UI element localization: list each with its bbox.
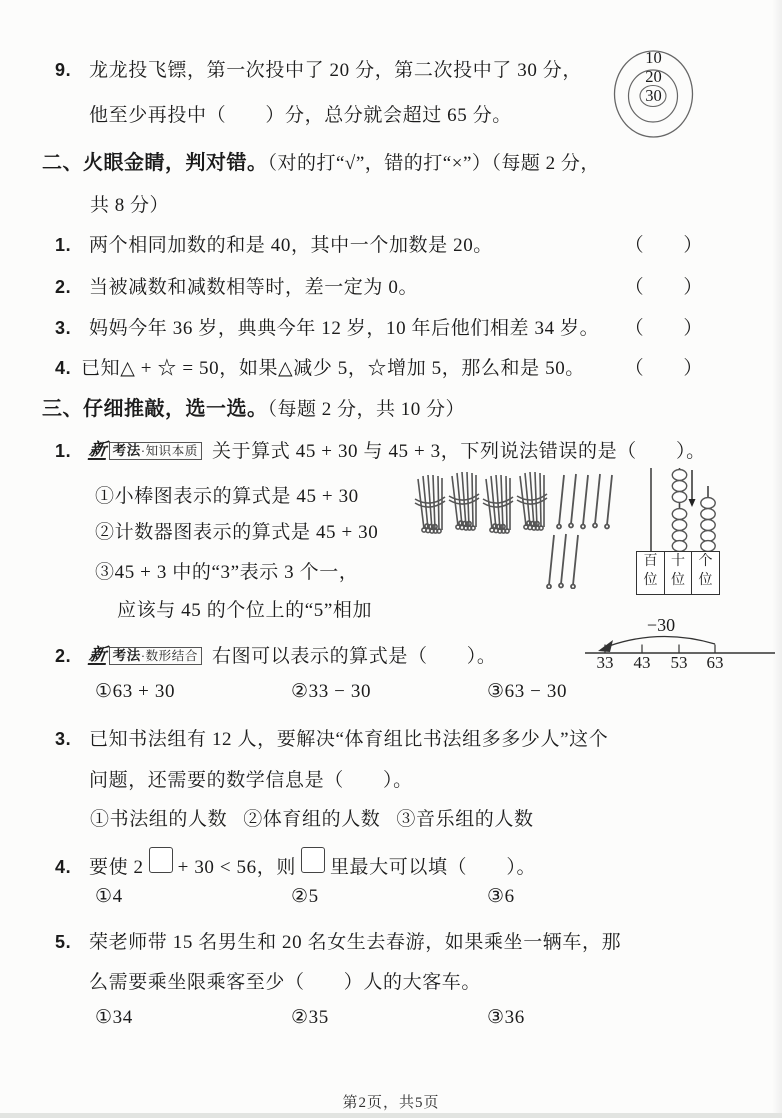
- item-text: 已知△ + ☆ = 50，如果△减少 5，☆增加 5，那么和是 50。: [81, 353, 585, 380]
- section-3-note: （每题 2 分，共 10 分）: [268, 399, 466, 420]
- question-number: 3.: [55, 729, 89, 750]
- section-2-title: 二、火眼金睛，判对错。: [42, 152, 268, 174]
- judge-item-2: 2. 当被减数和减数相等时，差一定为 0。 （ ）: [55, 272, 703, 299]
- choice-option: ②33 − 30: [291, 680, 487, 703]
- answer-blank: （ ）: [625, 230, 703, 257]
- s3q1-option-2: ②计数器图表示的算式是 45 + 30: [95, 517, 378, 544]
- answer-blank: （ ）: [625, 313, 703, 340]
- dartboard-ring-30: 30: [606, 87, 701, 105]
- new-method-badge: 新 考法·知识本质: [89, 441, 202, 460]
- s3q3-options: ①书法组的人数 ②体育组的人数 ③音乐组的人数: [90, 804, 534, 831]
- tick-label-33: 33: [592, 653, 618, 673]
- question-number: 1.: [55, 441, 89, 462]
- choice-option: ①书法组的人数: [90, 804, 227, 831]
- badge-strong: 考法: [113, 648, 141, 663]
- tick-label-63: 63: [702, 653, 728, 673]
- question-number: 9.: [55, 60, 89, 81]
- hundreds-place-label: 百位: [636, 551, 665, 595]
- section-3-title: 三、仔细推敲，选一选。: [42, 398, 268, 420]
- counter-beads-icon: [636, 466, 728, 551]
- abacus-graphic: 百位 十位 个位: [636, 466, 728, 595]
- choice-option: ①63 + 30: [95, 680, 291, 703]
- question-text: 已知书法组有 12 人，要解决“体育组比书法组多多少人”这个: [89, 724, 608, 751]
- judge-item-3: 3. 妈妈今年 36 岁，典典今年 12 岁，10 年后他们相差 34 岁。 （…: [55, 313, 703, 340]
- item-number: 2.: [55, 277, 89, 298]
- section-2-note: （对的打“√”，错的打“×”）（每题 2 分，: [268, 153, 600, 174]
- badge-topic-label: 考法·知识本质: [109, 442, 202, 460]
- question-s3-5-line2: 么需要乘坐限乘客至少（ ）人的大客车。: [89, 967, 481, 994]
- question-s3-5: 5. 荣老师带 15 名男生和 20 名女生去春游，如果乘坐一辆车，那: [55, 927, 621, 954]
- question-9-line1: 9. 龙龙投飞镖，第一次投中了 20 分，第二次投中了 30 分，: [55, 55, 582, 82]
- dartboard-graphic: 10 20 30: [606, 44, 701, 141]
- page-footer: 第2页，共5页: [0, 1091, 782, 1112]
- choice-option: ③63 − 30: [487, 680, 683, 703]
- fill-box: [149, 847, 173, 873]
- question-text-seg2: + 30 < 56，则: [178, 852, 296, 879]
- ones-place-label: 个位: [691, 551, 720, 595]
- question-s3-3-line2: 问题，还需要的数学信息是（ ）。: [89, 765, 413, 792]
- exam-paper-page: 9. 龙龙投飞镖，第一次投中了 20 分，第二次投中了 30 分， 他至少再投中…: [0, 0, 782, 1118]
- question-text: 荣老师带 15 名男生和 20 名女生去春游，如果乘坐一辆车，那: [89, 927, 621, 954]
- stick-bundles-icon: [413, 467, 623, 589]
- choice-option: ②5: [291, 885, 487, 908]
- choice-option: ②体育组的人数: [243, 804, 380, 831]
- question-text: 关于算式 45 + 30 与 45 + 3，下列说法错误的是（ ）。: [212, 436, 706, 463]
- tick-label-53: 53: [666, 653, 692, 673]
- question-s3-4: 4. 要使 2 + 30 < 56，则 里最大可以填（ ）。: [55, 847, 536, 879]
- badge-topic-label: 考法·数形结合: [109, 647, 202, 665]
- item-text: 妈妈今年 36 岁，典典今年 12 岁，10 年后他们相差 34 岁。: [89, 313, 599, 340]
- s3q1-option-3-cont: 应该与 45 的个位上的“5”相加: [117, 595, 372, 622]
- answer-blank: （ ）: [625, 272, 703, 299]
- place-value-labels: 百位 十位 个位: [636, 551, 728, 595]
- question-s3-3: 3. 已知书法组有 12 人，要解决“体育组比书法组多多少人”这个: [55, 724, 608, 751]
- question-s3-2: 2. 新 考法·数形结合 右图可以表示的算式是（ ）。: [55, 641, 497, 668]
- question-text-seg1: 要使 2: [89, 852, 144, 879]
- question-text: 龙龙投飞镖，第一次投中了 20 分，第二次投中了 30 分，: [89, 55, 582, 82]
- s3q1-option-3: ③45 + 3 中的“3”表示 3 个一，: [95, 557, 358, 584]
- item-text: 两个相同加数的和是 40，其中一个加数是 20。: [89, 230, 493, 257]
- choice-option: ③6: [487, 885, 683, 908]
- s3q1-option-1: ①小棒图表示的算式是 45 + 30: [95, 481, 359, 508]
- sticks-graphic: [413, 467, 623, 589]
- judge-item-4: 4. 已知△ + ☆ = 50，如果△减少 5，☆增加 5，那么和是 50。 （…: [55, 353, 703, 380]
- badge-rest: ·数形结合: [141, 649, 198, 663]
- bottom-edge-strip: [0, 1113, 782, 1118]
- choice-option: ③音乐组的人数: [396, 804, 533, 831]
- judge-item-1: 1. 两个相同加数的和是 40，其中一个加数是 20。 （ ）: [55, 230, 703, 257]
- s3q5-options: ①34 ②35 ③36: [95, 1006, 683, 1029]
- dartboard-ring-20: 20: [606, 68, 701, 86]
- choice-option: ①4: [95, 885, 291, 908]
- question-9-line2: 他至少再投中（ ）分，总分就会超过 65 分。: [89, 100, 512, 127]
- item-number: 4.: [55, 358, 81, 379]
- question-number: 2.: [55, 646, 89, 667]
- tens-place-label: 十位: [664, 551, 693, 595]
- answer-blank: （ ）: [625, 353, 703, 380]
- choice-option: ①34: [95, 1006, 291, 1029]
- section-2-heading: 二、火眼金睛，判对错。（对的打“√”，错的打“×”）（每题 2 分，: [42, 146, 600, 175]
- question-text: 右图可以表示的算式是（ ）。: [212, 641, 497, 668]
- new-method-badge: 新 考法·数形结合: [89, 646, 202, 665]
- section-2-note-line2: 共 8 分）: [90, 190, 169, 217]
- section-3-heading: 三、仔细推敲，选一选。（每题 2 分，共 10 分）: [42, 392, 465, 421]
- s3q2-options: ①63 + 30 ②33 − 30 ③63 − 30: [95, 680, 683, 703]
- badge-strong: 考法: [113, 443, 141, 458]
- s3q4-options: ①4 ②5 ③6: [95, 885, 683, 908]
- item-text: 当被减数和减数相等时，差一定为 0。: [89, 272, 418, 299]
- question-s3-1: 1. 新 考法·知识本质 关于算式 45 + 30 与 45 + 3，下列说法错…: [55, 436, 706, 463]
- question-number: 5.: [55, 932, 89, 953]
- choice-option: ③36: [487, 1006, 683, 1029]
- choice-option: ②35: [291, 1006, 487, 1029]
- badge-xin-label: 新: [88, 441, 108, 460]
- question-text-seg3: 里最大可以填（ ）。: [330, 852, 536, 879]
- badge-rest: ·知识本质: [141, 444, 198, 458]
- item-number: 3.: [55, 318, 89, 339]
- scan-edge-shadow: [772, 0, 782, 1118]
- badge-xin-label: 新: [88, 646, 108, 665]
- fill-box: [301, 847, 325, 873]
- number-line-graphic: −30 33 43 53 63: [583, 617, 778, 679]
- question-number: 4.: [55, 857, 89, 878]
- tick-label-43: 43: [629, 653, 655, 673]
- item-number: 1.: [55, 235, 89, 256]
- dartboard-ring-10: 10: [606, 49, 701, 67]
